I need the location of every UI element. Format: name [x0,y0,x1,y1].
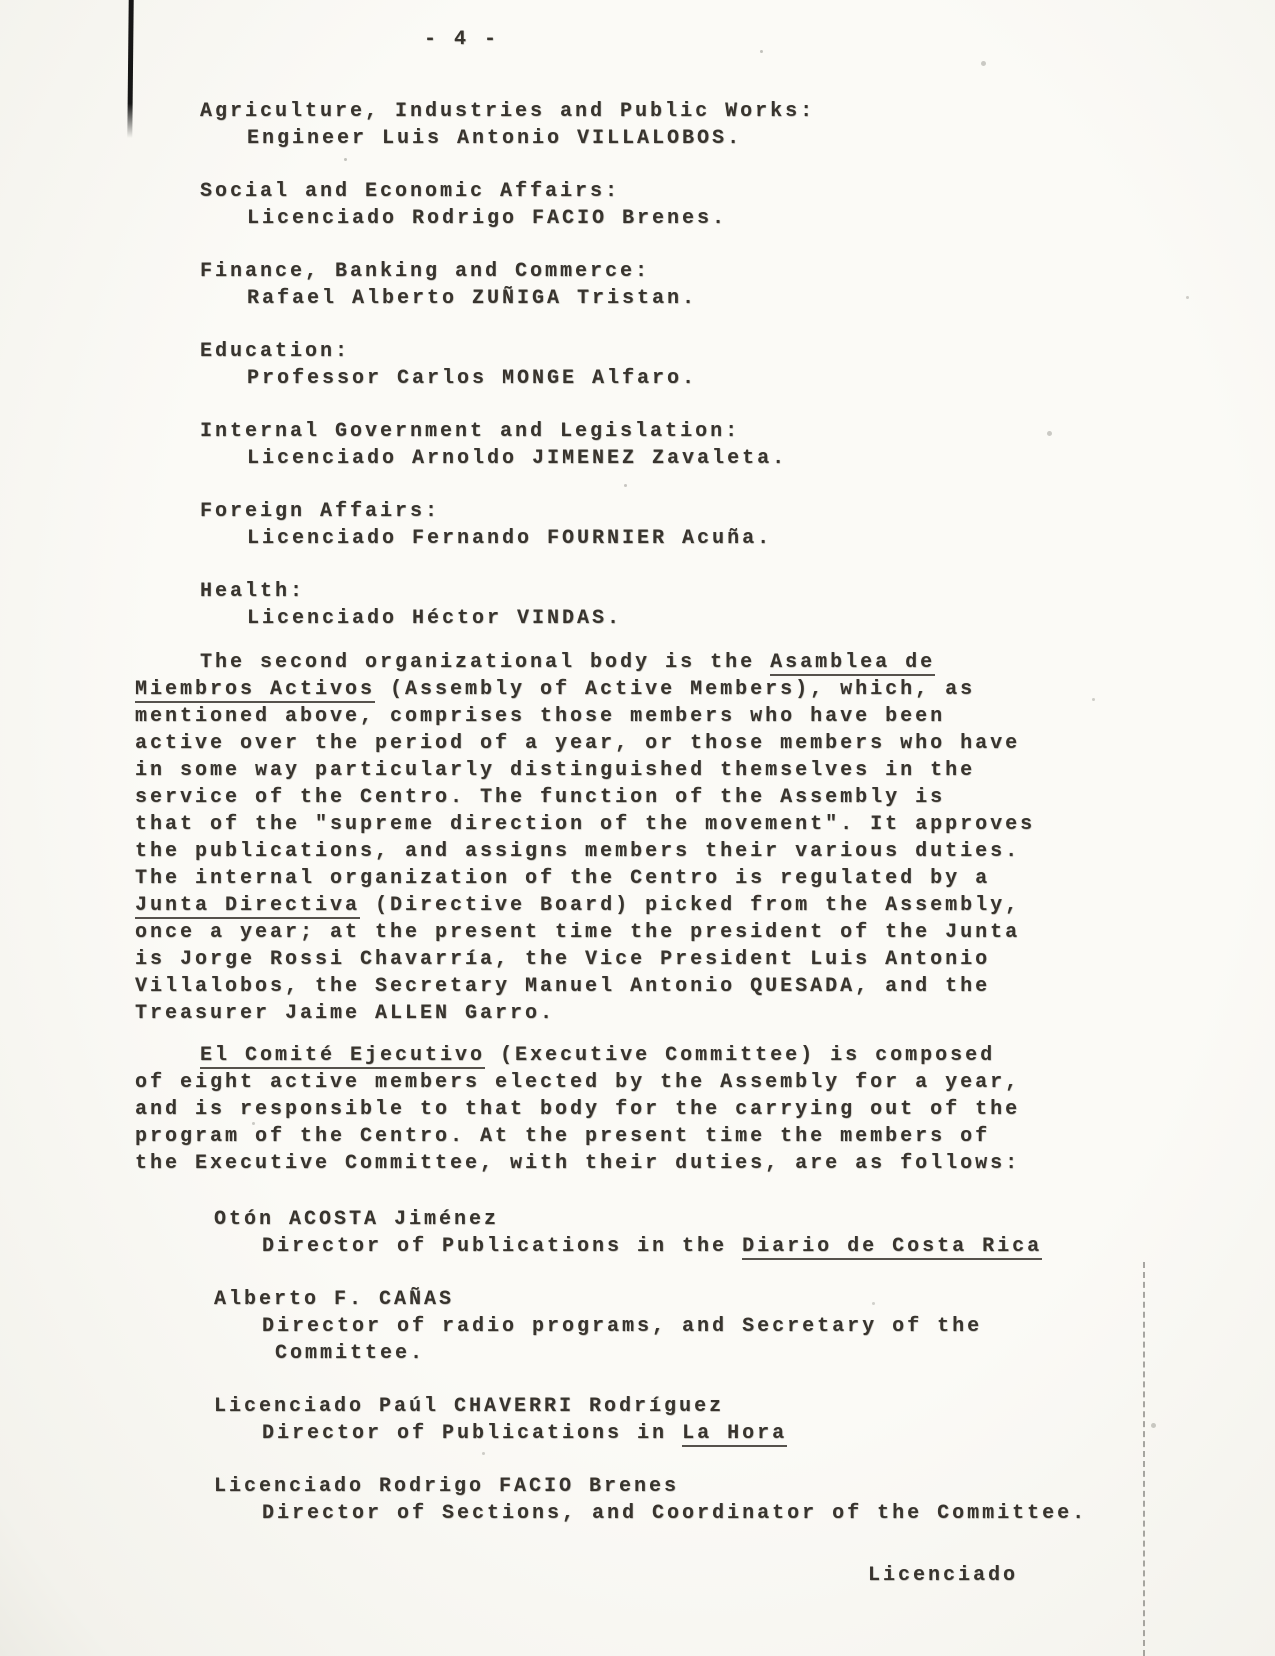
text-segment: Director of Publications in the [262,1235,742,1258]
text-segment: The second organizational body is the [200,651,770,674]
text-segment: Director of radio programs, and Secretar… [262,1315,982,1338]
text-segment: in some way particularly distinguished t… [135,759,975,782]
member-duty: Director of Publications in the Diario d… [214,1233,1087,1260]
committee-member: Licenciado Rodrigo FACIO Brenes Director… [214,1473,1087,1527]
text-segment: the Executive Committee, with their duti… [135,1152,1020,1175]
member-duty: Director of Publications in La Hora [214,1420,1087,1447]
cabinet-entry: Foreign Affairs: Licenciado Fernando FOU… [200,498,815,552]
text-segment: Director of Sections, and Coordinator of… [262,1502,1087,1525]
cabinet-entry: Internal Government and Legislation: Lic… [200,418,815,472]
scan-artifact-dashed-line [1143,1262,1145,1656]
section-officer: Rafael Alberto ZUÑIGA Tristan. [200,285,815,312]
underlined-text: Asamblea de [770,651,935,676]
member-duty: Director of Sections, and Coordinator of… [214,1500,1087,1527]
text-segment: (Executive Committee) is composed [485,1044,995,1067]
paragraph-assembly: The second organizational body is the As… [135,649,1145,1027]
text-segment: that of the "supreme direction of the mo… [135,813,1035,836]
underlined-text: Diario de Costa Rica [742,1235,1042,1260]
scanned-document-page: - 4 - Agriculture, Industries and Public… [0,0,1275,1656]
section-officer: Professor Carlos MONGE Alfaro. [200,365,815,392]
section-title: Internal Government and Legislation: [200,418,815,445]
text-segment: Villalobos, the Secretary Manuel Antonio… [135,975,990,998]
page-number: - 4 - [424,26,499,53]
text-segment: (Assembly of Active Members), which, as [375,678,975,701]
member-name: Licenciado Paúl CHAVERRI Rodríguez [214,1393,1087,1420]
paragraph-executive-committee: El Comité Ejecutivo (Executive Committee… [135,1042,1145,1177]
text-segment: and is responsible to that body for the … [135,1098,1020,1121]
cabinet-list: Agriculture, Industries and Public Works… [200,98,815,658]
text-segment: program of the Centro. At the present ti… [135,1125,990,1148]
section-title: Health: [200,578,815,605]
footer-catchword: Licenciado [868,1562,1018,1589]
text-segment: of eight active members elected by the A… [135,1071,1020,1094]
scan-noise-specks [0,0,3,3]
text-segment: Committee. [275,1342,425,1365]
text-segment: is Jorge Rossi Chavarría, the Vice Presi… [135,948,990,971]
section-officer: Licenciado Rodrigo FACIO Brenes. [200,205,815,232]
text-segment: Director of Publications in [262,1422,682,1445]
text-segment: The internal organization of the Centro … [135,867,990,890]
cabinet-entry: Health: Licenciado Héctor VINDAS. [200,578,815,632]
section-officer: Licenciado Arnoldo JIMENEZ Zavaleta. [200,445,815,472]
text-segment: active over the period of a year, or tho… [135,732,1020,755]
committee-member: Licenciado Paúl CHAVERRI Rodríguez Direc… [214,1393,1087,1447]
scan-artifact-left-line [127,0,133,138]
committee-member-list: Otón ACOSTA Jiménez Director of Publicat… [214,1206,1087,1553]
underlined-text: Miembros Activos [135,678,375,703]
member-name: Alberto F. CAÑAS [214,1286,1087,1313]
cabinet-entry: Education: Professor Carlos MONGE Alfaro… [200,338,815,392]
underlined-text: La Hora [682,1422,787,1447]
section-title: Education: [200,338,815,365]
underlined-text: Junta Directiva [135,894,360,919]
section-title: Foreign Affairs: [200,498,815,525]
cabinet-entry: Social and Economic Affairs: Licenciado … [200,178,815,232]
text-segment: (Directive Board) picked from the Assemb… [360,894,1020,917]
section-officer: Engineer Luis Antonio VILLALOBOS. [200,125,815,152]
member-name: Otón ACOSTA Jiménez [214,1206,1087,1233]
text-segment: Treasurer Jaime ALLEN Garro. [135,1002,555,1025]
text-segment: once a year; at the present time the pre… [135,921,1020,944]
text-segment: service of the Centro. The function of t… [135,786,945,809]
cabinet-entry: Agriculture, Industries and Public Works… [200,98,815,152]
section-title: Social and Economic Affairs: [200,178,815,205]
text-segment: mentioned above, comprises those members… [135,705,945,728]
cabinet-entry: Finance, Banking and Commerce: Rafael Al… [200,258,815,312]
committee-member: Alberto F. CAÑAS Director of radio progr… [214,1286,1087,1367]
section-title: Agriculture, Industries and Public Works… [200,98,815,125]
section-officer: Licenciado Héctor VINDAS. [200,605,815,632]
section-officer: Licenciado Fernando FOURNIER Acuña. [200,525,815,552]
member-name: Licenciado Rodrigo FACIO Brenes [214,1473,1087,1500]
section-title: Finance, Banking and Commerce: [200,258,815,285]
committee-member: Otón ACOSTA Jiménez Director of Publicat… [214,1206,1087,1260]
underlined-text: El Comité Ejecutivo [200,1044,485,1069]
text-segment: the publications, and assigns members th… [135,840,1020,863]
member-duty: Director of radio programs, and Secretar… [214,1313,1087,1367]
